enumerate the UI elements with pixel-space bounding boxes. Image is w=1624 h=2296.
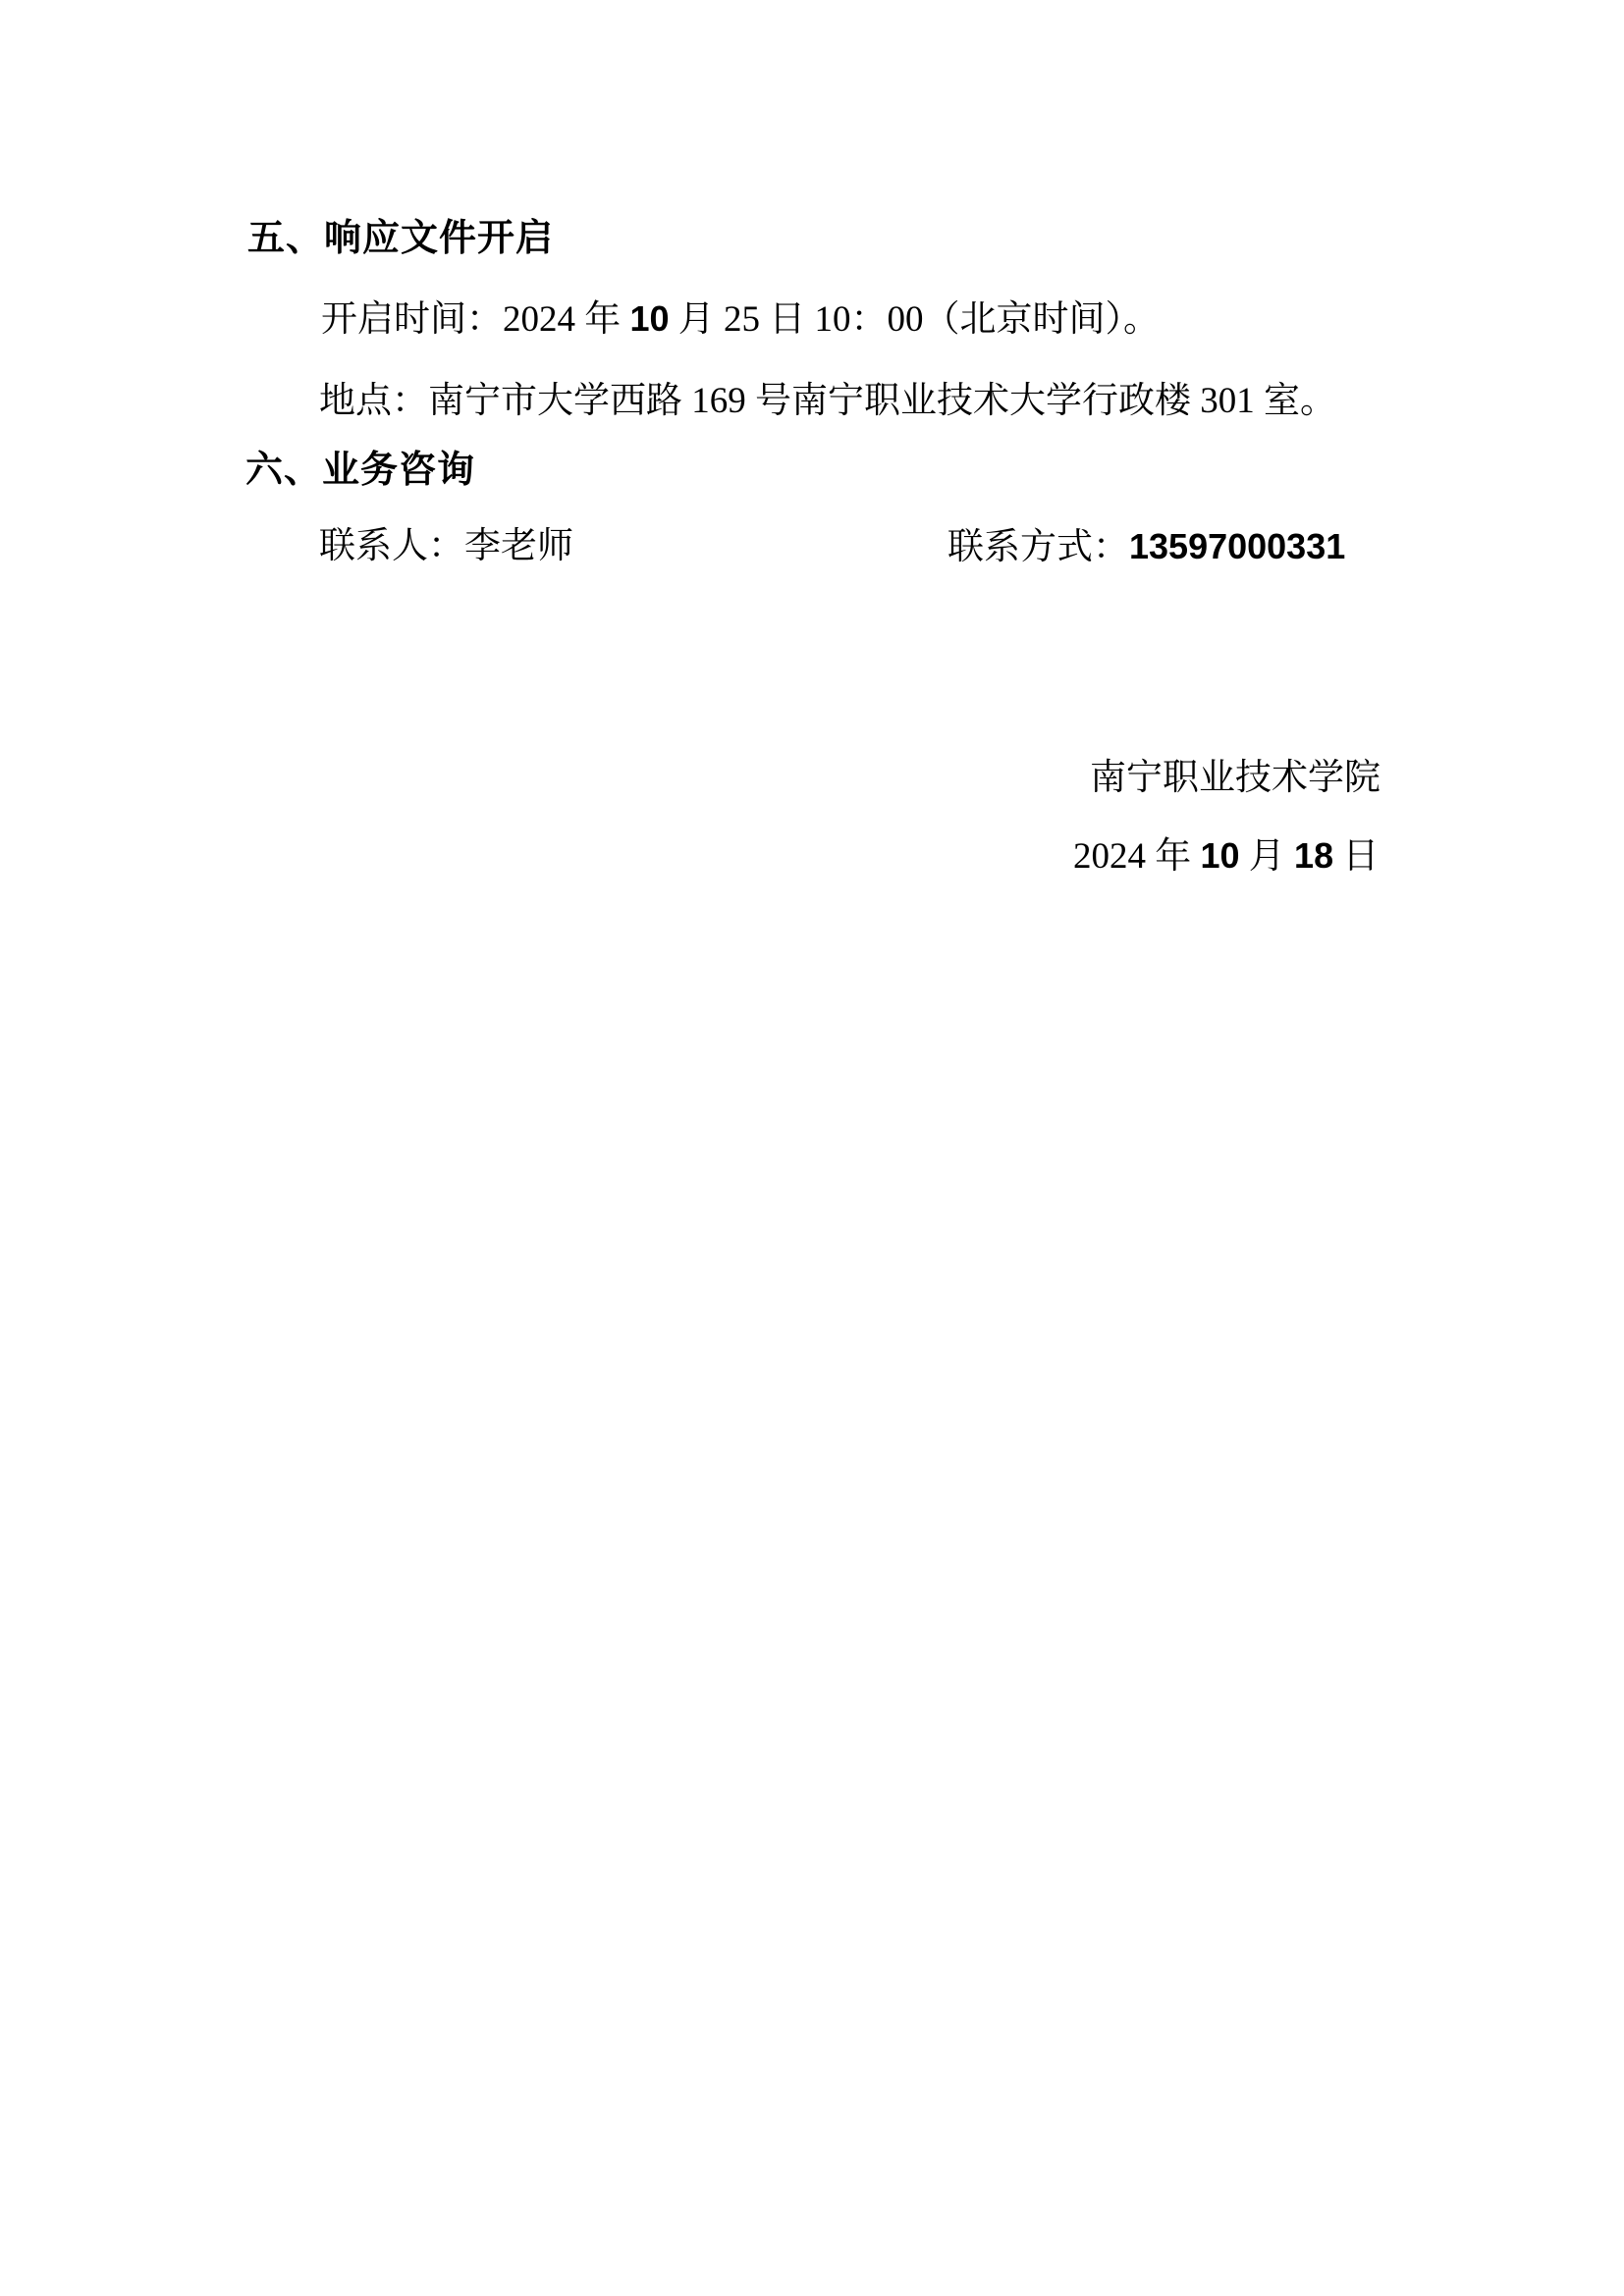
contact-phone-number: 13597000331	[1129, 526, 1345, 566]
section-5-heading: 五、响应文件开启	[247, 218, 554, 261]
signature-date: 2024 年 10 月 18 日	[1073, 835, 1379, 879]
signature-organization: 南宁职业技术学院	[1090, 758, 1380, 800]
signature-date-day-number: 18	[1294, 835, 1333, 876]
section-6-heading: 六、业务咨询	[245, 450, 475, 493]
open-time-text-suffix: 月 25 日 10：00（北京时间）。	[670, 299, 1161, 340]
open-time-text-prefix: 开启时间：2024 年	[321, 299, 630, 340]
open-time-line: 开启时间：2024 年 10 月 25 日 10：00（北京时间）。	[321, 298, 1160, 342]
signature-date-month-char: 月	[1240, 836, 1295, 877]
document-page: 五、响应文件开启 开启时间：2024 年 10 月 25 日 10：00（北京时…	[0, 0, 1624, 2296]
contact-method-label: 联系方式：	[947, 527, 1129, 567]
contact-person: 联系人：李老师	[319, 526, 573, 568]
signature-date-month-number: 10	[1201, 835, 1240, 876]
location-line: 地点：南宁市大学西路 169 号南宁职业技术大学行政楼 301 室。	[319, 381, 1336, 423]
contact-method: 联系方式：13597000331	[947, 526, 1345, 569]
signature-date-year: 2024 年	[1073, 836, 1201, 877]
open-time-month-number: 10	[630, 298, 670, 339]
signature-date-day-char: 日	[1333, 836, 1379, 877]
